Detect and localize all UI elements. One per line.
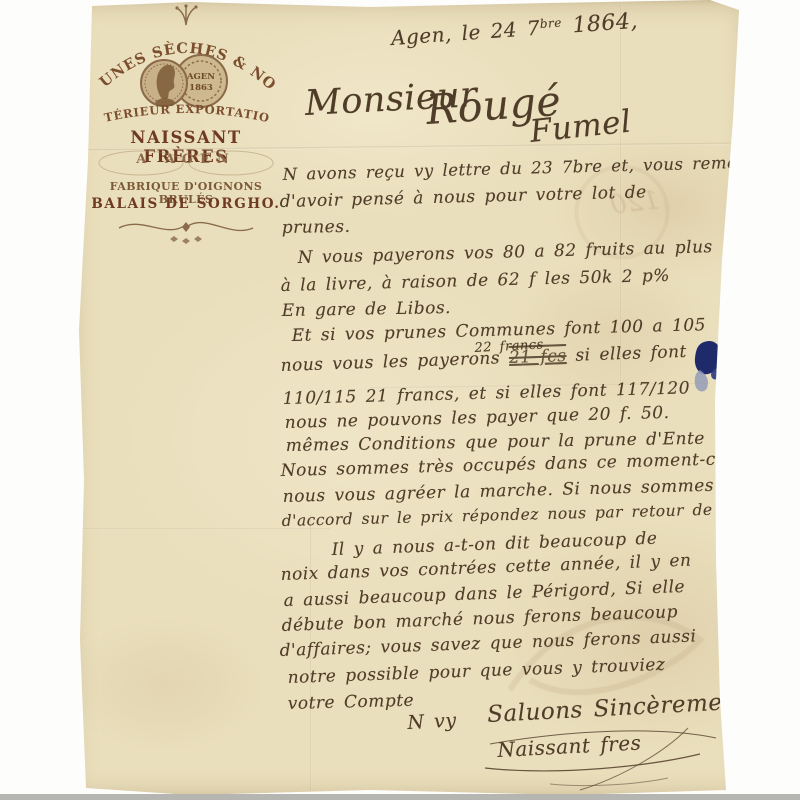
line-segment: nous vous les payerons [280,348,500,376]
handwritten-line: prunes. [282,217,351,238]
letter-paper: 120 PRUNES SÈCHES & NOIX AGEN [70,0,748,797]
medallion-city-text: AGEN [186,72,215,82]
photo-edge [0,794,800,800]
handwritten-line: d'avoir pensé à nous pour votre lot de [279,182,646,212]
medallion-year-text: 1863 [189,83,213,93]
handwritten-line: N avons reçu vy lettre du 23 7bre et, vo… [283,152,792,184]
signature-flourish-icon [430,722,720,794]
dateline-superscript: bre [539,16,562,32]
handwritten-line: N vous payerons vos 80 a 82 fruits au pl… [297,237,713,268]
svg-text:INTÉRIEUR EXPORTATION.: INTÉRIEUR EXPORTATION. [101,100,271,125]
struck-out-text: 21 fcs [509,346,567,368]
handwritten-line: notre possible pour que vous y trouviez [287,655,665,688]
dateline-prefix: Agen, le 24 7 [390,16,541,50]
handwritten-line: En gare de Libos. [282,298,452,321]
divider-flourish-icon [111,216,261,246]
handwritten-line: votre Compte [287,691,414,714]
product-line-2: BALAIS DE SORGHO. [81,196,291,212]
line-segment: si elles font [575,342,687,366]
photo-background: 120 PRUNES SÈCHES & NOIX AGEN [0,0,800,800]
handwritten-line: à la livre, à raison de 62 f les 50k 2 p… [280,266,670,296]
dateline-year: 1864, [561,9,639,39]
letterhead-subtitle-arc: INTÉRIEUR EXPORTATION. [101,100,271,128]
ink-blot [690,338,728,398]
dateline: Agen, le 24 7bre 1864, [390,9,638,51]
letterhead-subtitle-text: INTÉRIEUR EXPORTATION. [101,100,271,125]
firm-place: A AGEN [86,152,286,167]
sprig-ornament-icon [171,4,201,26]
